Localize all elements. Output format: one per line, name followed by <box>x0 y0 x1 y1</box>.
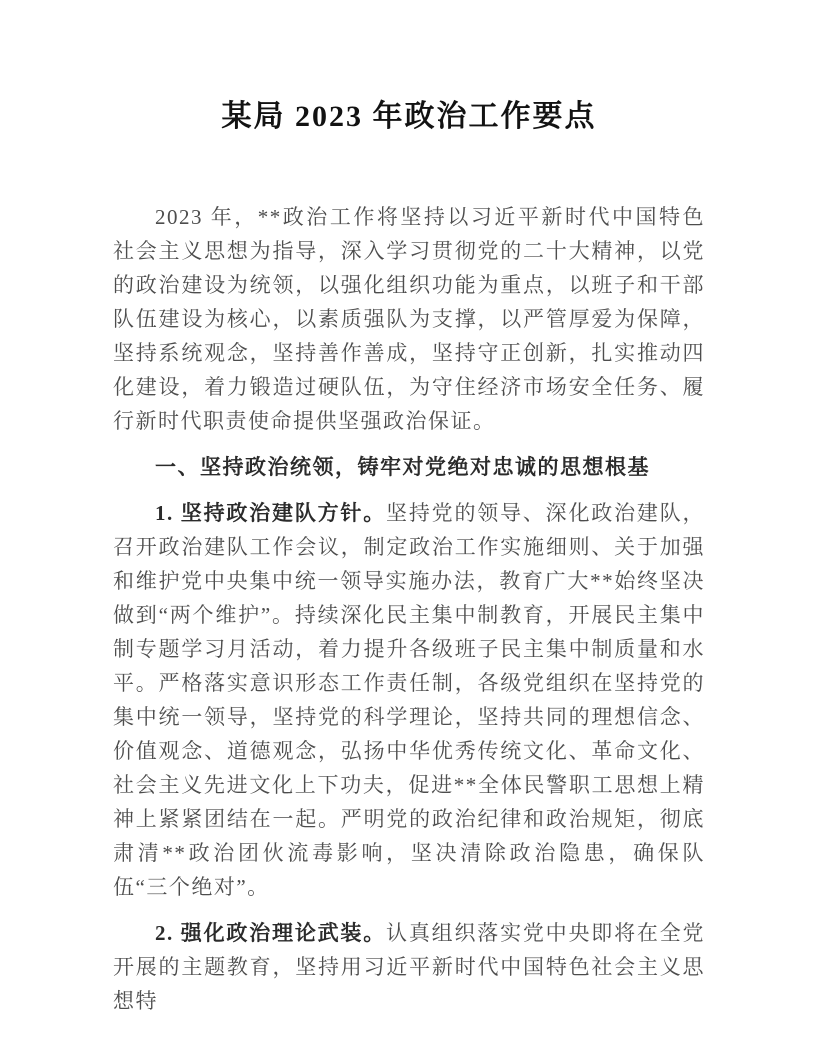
document-page: 某局 2023 年政治工作要点 2023 年，**政治工作将坚持以习近平新时代中… <box>0 0 816 1056</box>
intro-paragraph: 2023 年，**政治工作将坚持以习近平新时代中国特色社会主义思想为指导，深入学… <box>113 200 705 438</box>
page-title: 某局 2023 年政治工作要点 <box>113 96 705 138</box>
numbered-paragraph-1-lead: 1. 坚持政治建队方针。 <box>155 501 386 525</box>
numbered-paragraph-2-lead: 2. 强化政治理论武装。 <box>155 921 386 945</box>
numbered-paragraph-1-text: 坚持党的领导、深化政治建队，召开政治建队工作会议，制定政治工作实施细则、关于加强… <box>113 501 705 899</box>
numbered-paragraph-2: 2. 强化政治理论武装。认真组织落实党中央即将在全党开展的主题教育，坚持用习近平… <box>113 916 705 1018</box>
numbered-paragraph-1: 1. 坚持政治建队方针。坚持党的领导、深化政治建队，召开政治建队工作会议，制定政… <box>113 496 705 904</box>
section-heading-1: 一、坚持政治统领，铸牢对党绝对忠诚的思想根基 <box>113 450 705 484</box>
